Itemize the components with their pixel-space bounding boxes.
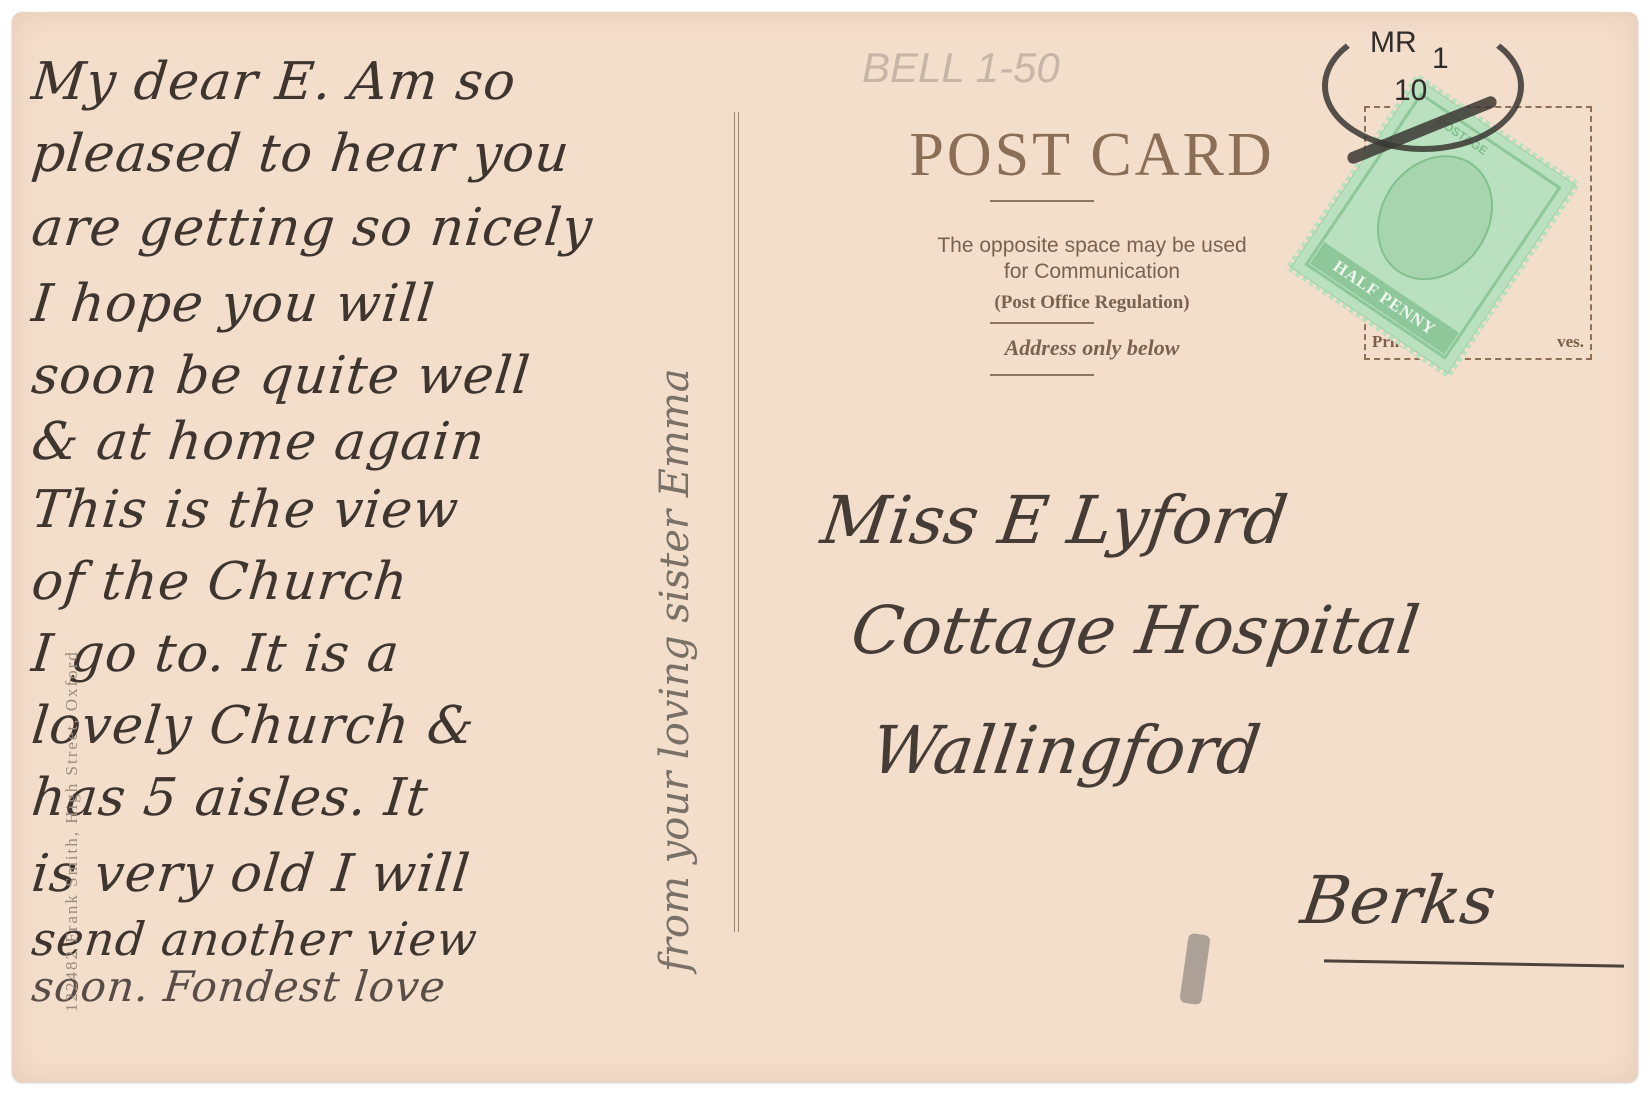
instruction-line: for Communication: [862, 260, 1322, 284]
message-line: is very old I will: [29, 844, 473, 904]
message-line: pleased to hear you: [29, 124, 573, 184]
address-line: Berks: [1297, 862, 1501, 939]
divider-rule: [990, 200, 1094, 202]
message-line: send another view: [29, 912, 480, 966]
divider-rule: [990, 374, 1094, 376]
stamp-box-text: ves.: [1557, 332, 1584, 352]
message-line: soon be quite well: [29, 346, 533, 406]
message-line: soon. Fondest love: [29, 962, 448, 1011]
address-line: Wallingford: [867, 712, 1265, 789]
pencil-note: BELL 1-50: [862, 44, 1060, 92]
message-line: of the Church: [29, 552, 411, 612]
message-line: This is the view: [29, 480, 462, 540]
center-divider: [734, 112, 739, 932]
postmark-day: 1: [1432, 42, 1449, 76]
publisher-imprint: 122482 Frank Smith, High Street, Oxford: [62, 650, 82, 1012]
address-line: Miss E Lyford: [817, 482, 1292, 559]
instruction-line: The opposite space may be used: [862, 234, 1322, 258]
instruction-line: (Post Office Regulation): [862, 292, 1322, 314]
message-line: I go to. It is a: [29, 624, 403, 684]
postcard: BELL 1-50 My dear E. Am so pleased to he…: [12, 12, 1638, 1082]
postmark-year: 10: [1394, 74, 1427, 108]
message-line: My dear E. Am so: [29, 52, 519, 112]
vertical-signoff: from your loving sister Emma: [652, 368, 698, 972]
address-underline: [1324, 959, 1624, 967]
message-line: & at home again: [29, 412, 488, 472]
message-line: are getting so nicely: [29, 198, 596, 258]
address-line: Cottage Hospital: [847, 592, 1424, 669]
message-line: lovely Church &: [29, 696, 478, 756]
postmark-month: MR: [1370, 26, 1417, 60]
message-line: has 5 aisles. It: [29, 768, 432, 828]
address-instruction: Address only below: [862, 335, 1322, 361]
ink-smudge: [1179, 933, 1211, 1005]
message-line: I hope you will: [29, 274, 438, 334]
divider-rule: [990, 322, 1094, 324]
postcard-title: POST CARD: [872, 120, 1312, 191]
